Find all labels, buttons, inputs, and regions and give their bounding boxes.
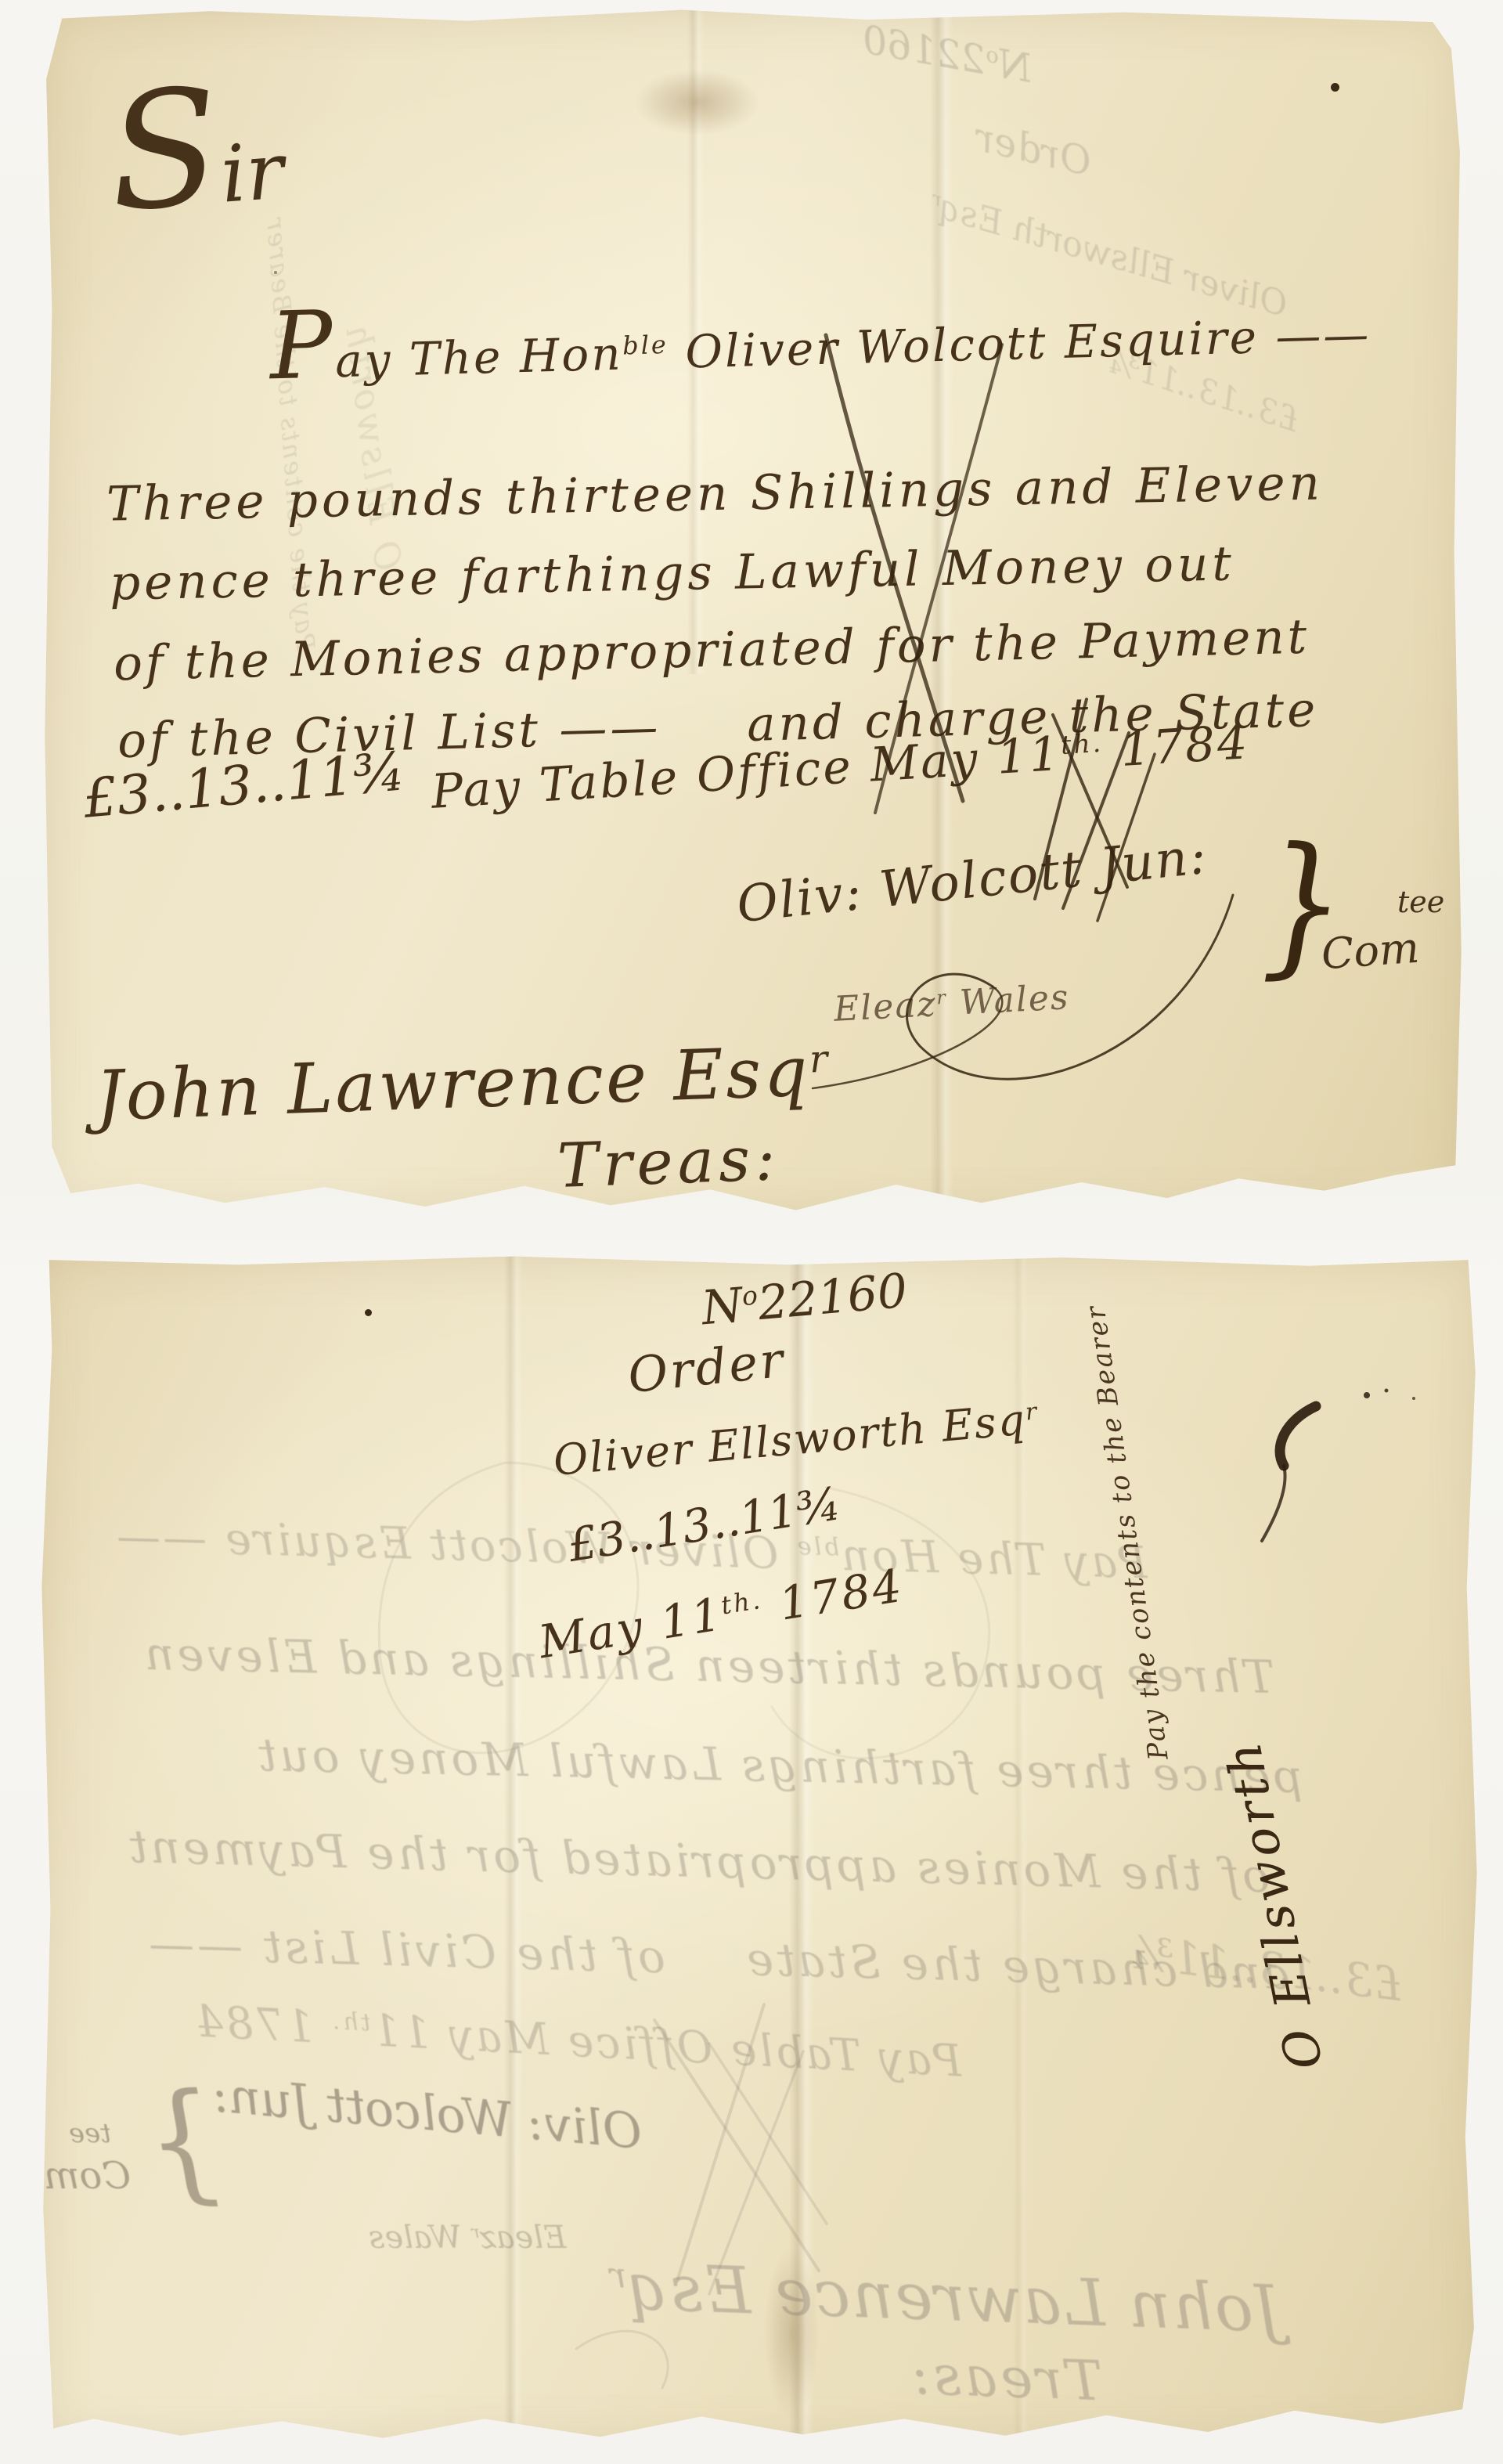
scanned-document-background: No22160 Order Oliver Ellsworth Esqr £3..…	[0, 0, 1503, 2464]
ink-flourish	[36, 1253, 1483, 2448]
ink-cancellation-scribble	[39, 6, 1467, 1221]
sheet-recto: No22160 Order Oliver Ellsworth Esqr £3..…	[39, 6, 1467, 1220]
sheet-verso: Pay The Honble Oliver Wolcott Esquire ——…	[36, 1253, 1483, 2448]
ink-dot	[36, 2347, 41, 2352]
